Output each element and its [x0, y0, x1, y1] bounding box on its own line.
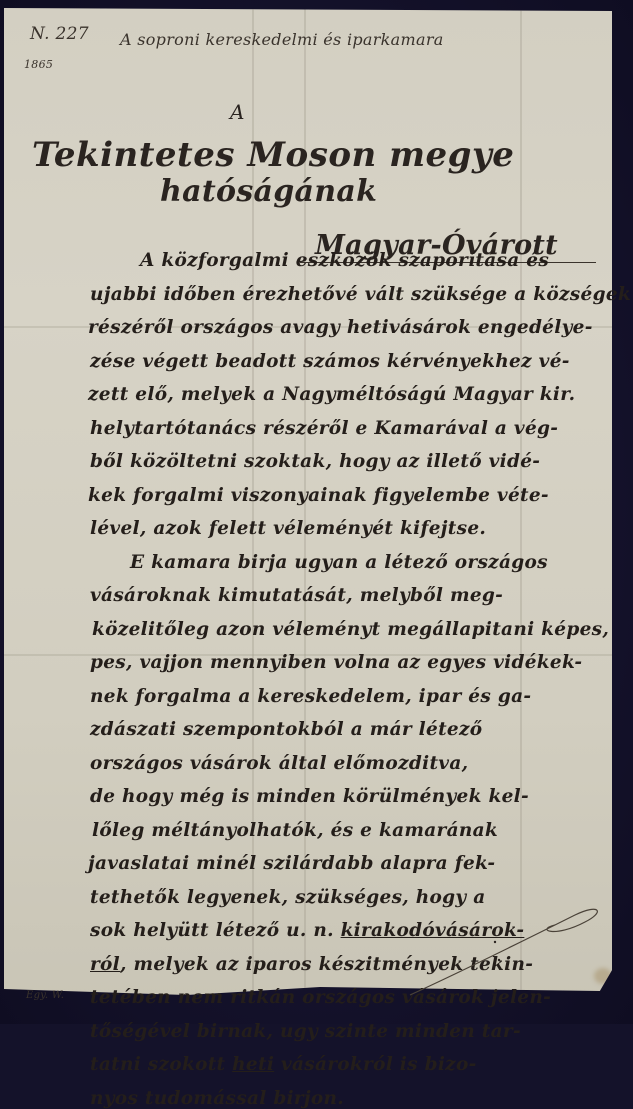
letter-line: vásároknak kimutatását, melyből meg-: [90, 585, 503, 606]
letter-line: A közforgalmi eszközök szaporítása és: [140, 250, 549, 271]
letter-line: közelitőleg azon véleményt megállapitani…: [92, 619, 609, 640]
letter-line: országos vásárok által előmozditva,: [90, 753, 468, 774]
letter-line: zése végett beadott számos kérvényekhez …: [90, 351, 570, 372]
letter-line: kek forgalmi viszonyainak figyelembe vét…: [88, 485, 549, 506]
salutation-mark: A: [230, 100, 245, 124]
reference-year: 1865: [24, 58, 53, 71]
letter-line: lőleg méltányolhatók, és e kamarának: [92, 820, 498, 841]
letter-line: tőségével birnak, ugy szinte minden tar-: [90, 1021, 521, 1025]
letter-line: részéről országos avagy hetivásárok enge…: [88, 317, 593, 338]
letter-line: pes, vajjon mennyiben volna az egyes vid…: [90, 652, 582, 673]
letter-line: helytartótanács részéről e Kamarával a v…: [90, 418, 558, 439]
letter-line: ből közöltetni szoktak, hogy az illető v…: [90, 451, 540, 472]
letter-line: javaslatai minél szilárdabb alapra fek-: [88, 853, 495, 874]
letter-line: zdászati szempontokból a már létező: [90, 719, 482, 740]
letter-line: nek forgalma a kereskedelem, ipar és ga-: [90, 686, 531, 707]
underlined-text: ról: [90, 954, 120, 975]
copy-note: Egy. W.: [26, 990, 64, 1001]
letter-line: ujabbi időben érezhetővé vált szüksége a…: [90, 284, 631, 305]
reference-number: N. 227: [30, 24, 89, 44]
letter-line: de hogy még is minden körülmények kel-: [90, 786, 529, 807]
addressee-line-1: Tekintetes Moson megye: [32, 135, 514, 175]
signature-flourish: [405, 900, 605, 1000]
letter-line: E kamara birja ugyan a létező országos: [130, 552, 548, 573]
sender-line: A soproni kereskedelmi és iparkamara: [120, 30, 444, 49]
letter-line: lével, azok felett véleményét kifejtse.: [90, 518, 486, 539]
paper-fold: [520, 8, 522, 1005]
letter-line: zett elő, melyek a Nagyméltóságú Magyar …: [88, 384, 575, 405]
addressee-line-2: hatóságának: [160, 174, 377, 209]
